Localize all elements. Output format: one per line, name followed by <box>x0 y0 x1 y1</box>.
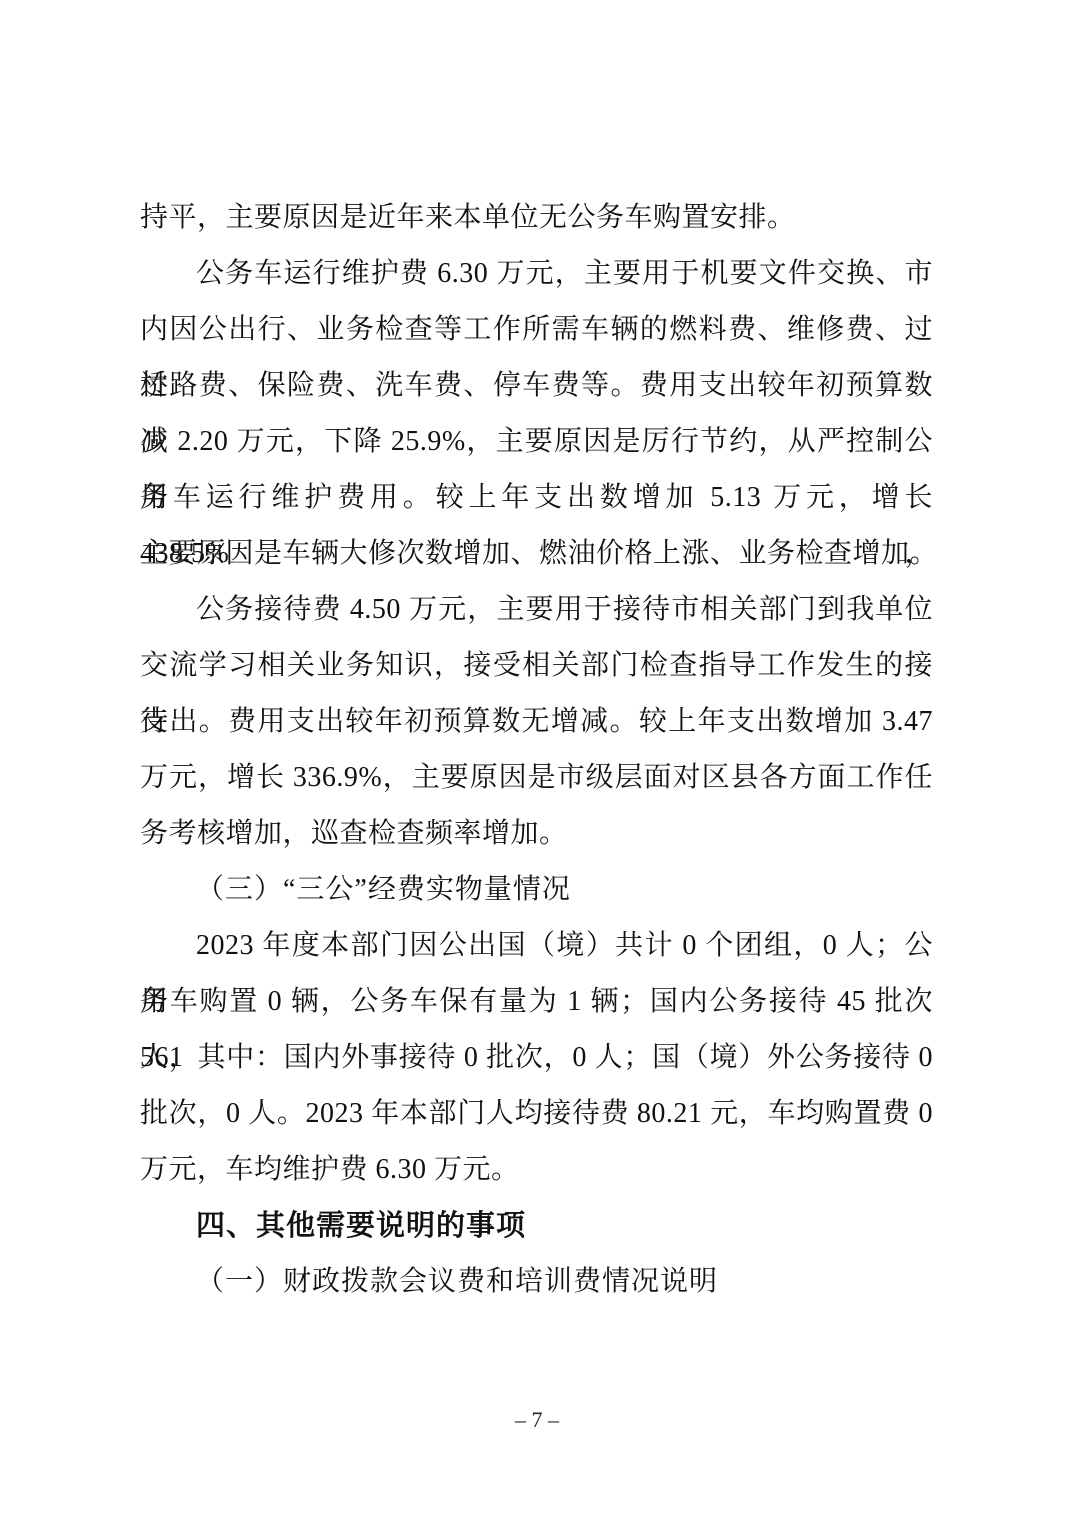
body-line: 过路费、保险费、洗车费、停车费等。费用支出较年初预算数减 <box>140 358 933 414</box>
body-line: 2023 年度本部门因公出国（境）共计 0 个团组，0 人；公务 <box>140 918 933 974</box>
body-line: 用车运行维护费用。较上年支出数增加 5.13 万元，增长 438.5%， <box>140 470 933 526</box>
body-line: 务考核增加，巡查检查频率增加。 <box>140 806 933 862</box>
body-line: 万元，车均维护费 6.30 万元。 <box>140 1142 933 1198</box>
body-line: 交流学习相关业务知识，接受相关部门检查指导工作发生的接待 <box>140 638 933 694</box>
body-line: 批次，0 人。2023 年本部门人均接待费 80.21 元，车均购置费 0 <box>140 1086 933 1142</box>
body-line: 人，其中：国内外事接待 0 批次，0 人；国（境）外公务接待 0 <box>140 1030 933 1086</box>
body-line: 支出。费用支出较年初预算数无增减。较上年支出数增加 3.47 <box>140 694 933 750</box>
document-page: 持平，主要原因是近年来本单位无公务车购置安排。 公务车运行维护费 6.30 万元… <box>0 0 1074 1520</box>
body-line: 公务接待费 4.50 万元，主要用于接待市相关部门到我单位 <box>140 582 933 638</box>
body-line: 持平，主要原因是近年来本单位无公务车购置安排。 <box>140 190 933 246</box>
section-heading: 四、其他需要说明的事项 <box>140 1198 933 1254</box>
body-line: 少 2.20 万元，下降 25.9%，主要原因是厉行节约，从严控制公务 <box>140 414 933 470</box>
page-number: – 7 – <box>0 1405 1074 1435</box>
body-line: 内因公出行、业务检查等工作所需车辆的燃料费、维修费、过桥 <box>140 302 933 358</box>
body-line: 万元，增长 336.9%，主要原因是市级层面对区县各方面工作任 <box>140 750 933 806</box>
body-line: 主要原因是车辆大修次数增加、燃油价格上涨、业务检查增加。 <box>140 526 933 582</box>
document-body: 持平，主要原因是近年来本单位无公务车购置安排。 公务车运行维护费 6.30 万元… <box>140 190 933 1310</box>
body-line: 公务车运行维护费 6.30 万元，主要用于机要文件交换、市 <box>140 246 933 302</box>
sub-section-heading: （一）财政拨款会议费和培训费情况说明 <box>140 1254 933 1310</box>
sub-section-heading: （三）“三公”经费实物量情况 <box>140 862 933 918</box>
body-line: 用车购置 0 辆，公务车保有量为 1 辆；国内公务接待 45 批次 561 <box>140 974 933 1030</box>
